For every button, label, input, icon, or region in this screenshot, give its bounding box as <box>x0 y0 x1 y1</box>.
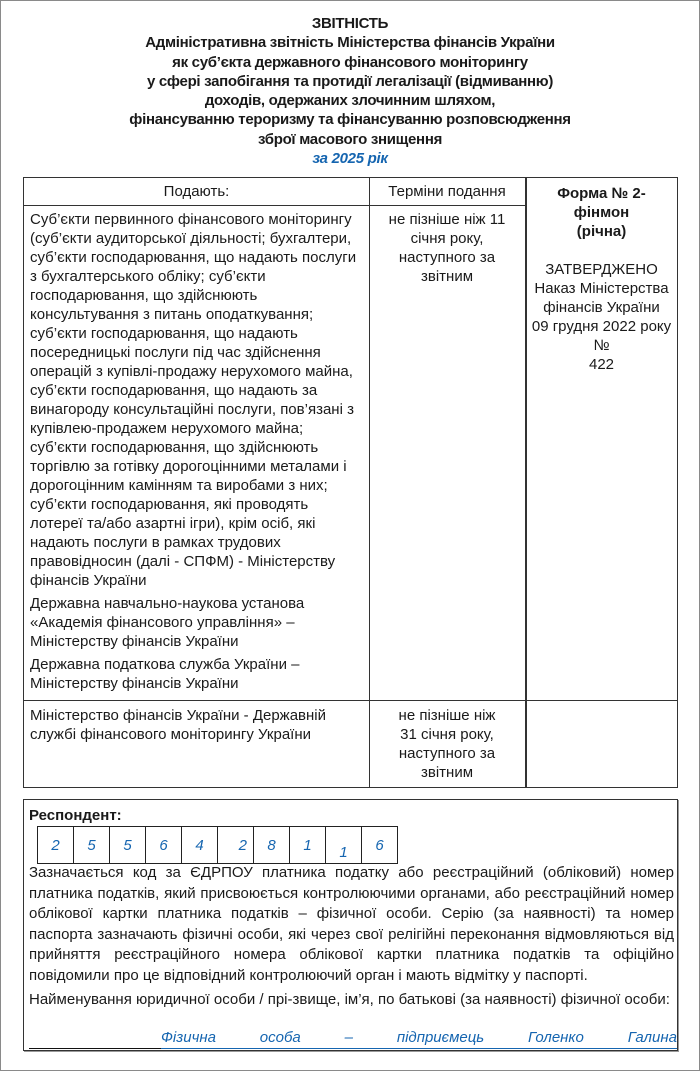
code-digit[interactable]: 1 <box>290 827 326 863</box>
report-title: ЗВІТНІСТЬ <box>0 14 700 33</box>
name-word: Галина <box>628 1029 677 1048</box>
code-digit[interactable]: 5 <box>110 827 146 863</box>
name-word: – <box>345 1029 353 1048</box>
row-divider <box>24 700 677 701</box>
code-digit[interactable]: 8 <box>254 827 290 863</box>
name-word: підприємець <box>397 1029 484 1048</box>
form-frequency: (річна) <box>529 222 674 241</box>
name-word: Фізична <box>161 1029 216 1048</box>
form-approved: ЗАТВЕРДЖЕНО <box>529 260 674 279</box>
report-header: ЗВІТНІСТЬ Адміністративна звітність Міні… <box>0 14 700 168</box>
respondent-note: Зазначається код за ЄДРПОУ платника пода… <box>29 863 674 986</box>
table-row-1-submitters: Суб’єкти первинного фінансового монітори… <box>24 210 369 693</box>
name-field[interactable]: Фізична особа – підприємець Голенко Гали… <box>29 1029 677 1049</box>
submitter-entry: Державна податкова служба України – Міні… <box>30 655 363 693</box>
report-subtitle-line: зброї масового знищення <box>0 130 700 149</box>
report-subtitle-line: доходів, одержаних злочинним шляхом, <box>0 91 700 110</box>
header-deadlines: Терміни подання <box>369 182 525 201</box>
respondent-label: Респондент: <box>29 807 122 824</box>
code-digit[interactable]: 1 <box>326 827 362 863</box>
report-subtitle-line: фінансуванню тероризму та фінансуванню р… <box>0 110 700 129</box>
code-digit[interactable]: 6 <box>362 827 398 863</box>
table-row-2-deadline: не пізніше ніж 31 січня року, наступного… <box>369 706 525 782</box>
respondent-section: Респондент: 2 5 5 6 4 2 8 1 1 6 Зазначає… <box>23 799 678 1051</box>
form-number: Форма № 2- <box>529 184 674 203</box>
row-divider <box>24 205 525 206</box>
form-order: 422 <box>529 355 674 374</box>
report-period: за 2025 рік <box>0 149 700 168</box>
header-submitters: Подають: <box>24 182 369 201</box>
code-digit[interactable]: 4 <box>182 827 218 863</box>
form-code: фінмон <box>529 203 674 222</box>
name-word: Голенко <box>528 1029 584 1048</box>
submission-table: Подають: Терміни подання Форма № 2- фінм… <box>23 177 678 788</box>
report-subtitle-line: у сфері запобігання та протидії легаліза… <box>0 72 700 91</box>
form-order: фінансів України <box>529 298 674 317</box>
code-digit[interactable]: 5 <box>74 827 110 863</box>
table-row-1-deadline: не пізніше ніж 11 січня року, наступного… <box>369 210 525 286</box>
form-info: Форма № 2- фінмон (річна) ЗАТВЕРДЖЕНО На… <box>525 184 678 374</box>
edrpou-code-field[interactable]: 2 5 5 6 4 2 8 1 1 6 <box>37 826 398 864</box>
table-row-2-submitters: Міністерство фінансів України - Державні… <box>24 706 369 744</box>
submitter-entry: Державна навчально-наукова установа «Ака… <box>30 594 363 651</box>
name-value[interactable]: Фізична особа – підприємець Голенко Гали… <box>161 1029 677 1049</box>
submitter-entry: Суб’єкти первинного фінансового монітори… <box>30 210 363 590</box>
code-digit[interactable]: 2 <box>218 827 254 863</box>
report-subtitle-line: як суб’єкта державного фінансового моніт… <box>0 53 700 72</box>
form-order: 09 грудня 2022 року № <box>529 317 674 355</box>
name-label: Найменування юридичної особи / прі-звище… <box>29 990 674 1010</box>
code-digit[interactable]: 2 <box>38 827 74 863</box>
form-order: Наказ Міністерства <box>529 279 674 298</box>
report-subtitle-line: Адміністративна звітність Міністерства ф… <box>0 33 700 52</box>
name-word: особа <box>260 1029 301 1048</box>
code-digit[interactable]: 6 <box>146 827 182 863</box>
